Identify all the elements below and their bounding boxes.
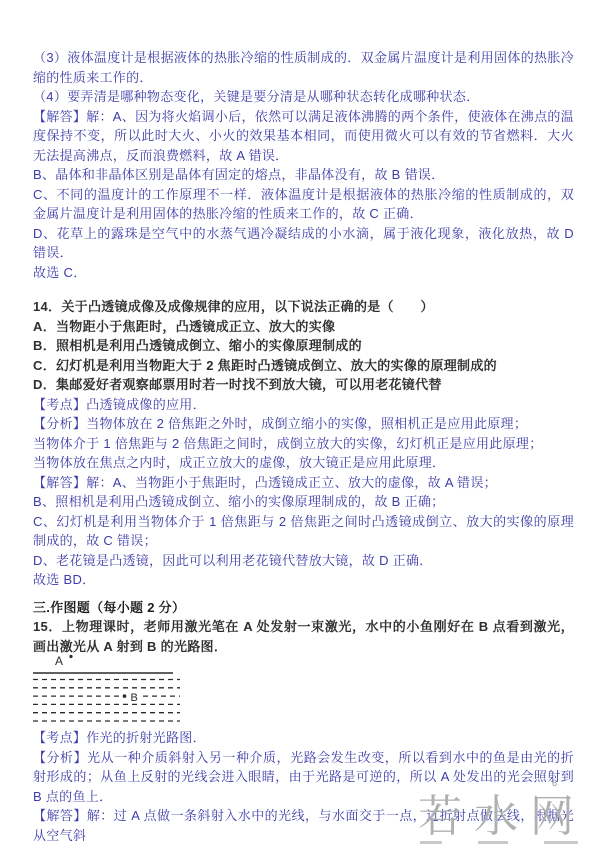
q14-answer-choice: 故选 BD． [33, 570, 574, 590]
section-3-heading: 三.作图题（每小题 2 分） [33, 598, 574, 618]
q14-fenxi-1: 【分析】当物体放在 2 倍焦距之外时，成倒立缩小的实像，照相机正是应用此原理； [33, 414, 574, 434]
q14-option-c: C．幻灯机是利用当物距大于 2 焦距时凸透镜成倒立、放大的实像的原理制成的 [33, 356, 574, 376]
page-content: （3）液体温度计是根据液体的热胀冷缩的性质制成的．双金属片温度计是利用固体的热胀… [33, 48, 574, 845]
q14-jieda-c: C、幻灯机是利用当物体介于 1 倍焦距与 2 倍焦距之间时凸透镜成倒立、放大的实… [33, 512, 574, 551]
point-a-dot [69, 655, 72, 658]
q14-fenxi-2: 当物体介于 1 倍焦距与 2 倍焦距之间时，成倒立放大的实像，幻灯机正是应用此原… [33, 434, 574, 454]
q13-jieda-c: C、不同的温度计的工作原理不一样．液体温度计是根据液体的热胀冷缩的性质制成的，双… [33, 185, 574, 224]
q13-answer-choice: 故选 C． [33, 263, 574, 283]
q15-stem: 15．上物理课时，老师用激光笔在 A 处发射一束激光，水中的小鱼刚好在 B 点看… [33, 617, 574, 656]
q14-stem: 14．关于凸透镜成像及成像规律的应用，以下说法正确的是（ ） [33, 297, 574, 317]
watermark-subtext-segment [420, 841, 442, 844]
diagram-label-a: A [55, 654, 63, 668]
watermark-subtext-segment [544, 841, 578, 844]
q15-kaodian: 【考点】作光的折射光路图． [33, 728, 574, 748]
q14-kaodian: 【考点】凸透镜成像的应用． [33, 395, 574, 415]
q13-jieda-a: 【解答】解：A、因为将火焰调小后，依然可以满足液体沸腾的两个条件，使液体在沸点的… [33, 107, 574, 166]
watermark-text: 若水网 [418, 794, 586, 840]
question-14: 14．关于凸透镜成像及成像规律的应用，以下说法正确的是（ ） A．当物距小于焦距… [33, 297, 574, 590]
q14-option-b: B．照相机是利用凸透镜成倒立、缩小的实像原理制成的 [33, 336, 574, 356]
q14-option-d: D．集邮爱好者观察邮票用时若一时找不到放大镜，可以用老花镜代替 [33, 375, 574, 395]
q13-answer-tail: （3）液体温度计是根据液体的热胀冷缩的性质制成的．双金属片温度计是利用固体的热胀… [33, 48, 574, 282]
refraction-diagram-svg: A B [33, 652, 193, 726]
q14-option-a: A．当物距小于焦距时，凸透镜成正立、放大的实像 [33, 317, 574, 337]
q14-jieda-b: B、照相机是利用凸透镜成倒立、缩小的实像原理制成的，故 B 正确； [33, 492, 574, 512]
watermark-subtext-segment [478, 841, 508, 844]
q13-jieda-d: D、花草上的露珠是空气中的水蒸气遇冷凝结成的小水滴，属于液化现象，液化放热，故 … [33, 224, 574, 263]
document-page: （3）液体温度计是根据液体的热胀冷缩的性质制成的．双金属片温度计是利用固体的热胀… [0, 0, 600, 848]
q13-note-3: （3）液体温度计是根据液体的热胀冷缩的性质制成的．双金属片温度计是利用固体的热胀… [33, 48, 574, 87]
watermark: 若水网 [418, 794, 586, 844]
q14-jieda-a: 【解答】解：A、当物距小于焦距时，凸透镜成正立、放大的虚像，故 A 错误； [33, 473, 574, 493]
page-number: 6 [552, 778, 557, 788]
q13-note-4: （4）要弄清是哪种物态变化，关键是要分清是从哪种状态转化成哪种状态． [33, 87, 574, 107]
diagram-label-b: B [131, 692, 139, 704]
point-b-dot [123, 694, 127, 698]
q13-jieda-b: B、晶体和非晶体区别是晶体有固定的熔点，非晶体没有，故 B 错误． [33, 165, 574, 185]
refraction-diagram: A B [33, 652, 574, 726]
q14-jieda-d: D、老花镜是凸透镜，因此可以利用老花镜代替放大镜，故 D 正确． [33, 551, 574, 571]
q14-fenxi-3: 当物体放在焦点之内时，成正立放大的虚像，放大镜正是应用此原理． [33, 453, 574, 473]
